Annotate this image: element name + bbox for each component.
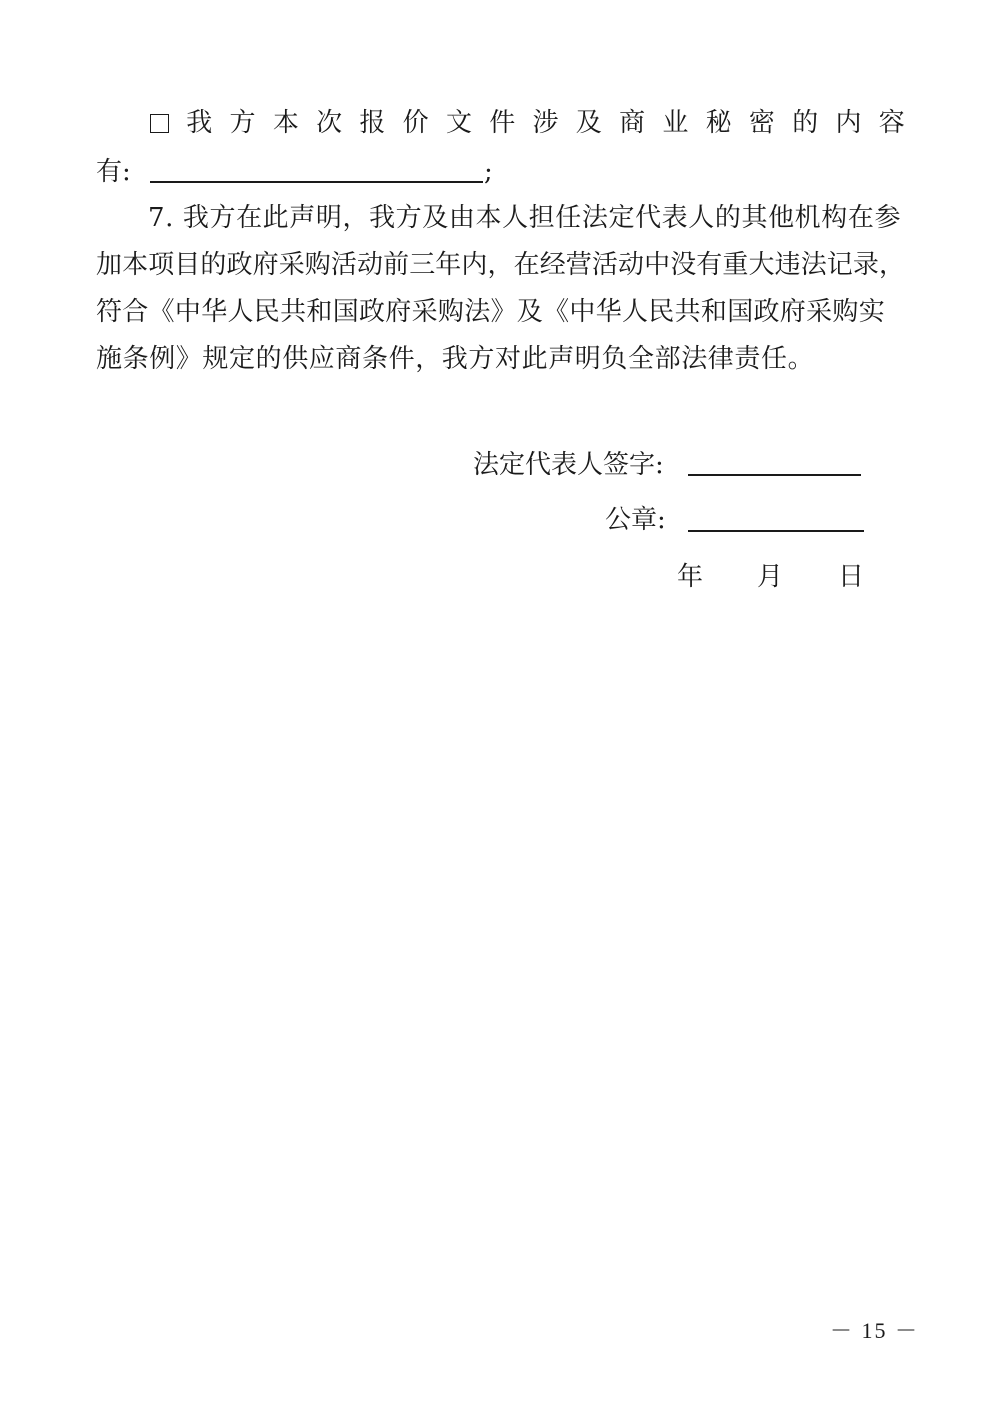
- confidential-terminator: ;: [484, 157, 493, 187]
- clause-char: 报: [359, 108, 385, 138]
- clause-char: 文: [446, 108, 472, 138]
- clause-char: 我: [186, 108, 212, 138]
- clause-char: 及: [576, 108, 602, 138]
- clause-char: 件: [489, 108, 515, 138]
- clause-char: 容: [879, 108, 905, 138]
- clause-char: 内: [835, 108, 861, 138]
- clause-char: 的: [792, 108, 818, 138]
- page-number: － 15 －: [830, 1318, 919, 1344]
- clause-char: 密: [749, 108, 775, 138]
- declaration-line-4: 施条例》规定的供应商条件，我方对此声明负全部法律责任。: [96, 344, 814, 374]
- seal-label: 公章:: [605, 505, 666, 535]
- confidential-clause-line: 我 方 本 次 报 价 文 件 涉 及 商 业 秘 密 的 内 容: [150, 108, 905, 138]
- declaration-line-2: 加本项目的政府采购活动前三年内，在经营活动中没有重大违法记录，: [96, 250, 905, 280]
- legal-rep-signature-blank[interactable]: [688, 474, 861, 476]
- declaration-line-1: 7. 我方在此声明，我方及由本人担任法定代表人的其他机构在参: [148, 203, 901, 233]
- clause-char: 次: [316, 108, 342, 138]
- seal-blank[interactable]: [688, 530, 864, 532]
- clause-char: 秘: [706, 108, 732, 138]
- clause-char: 本: [273, 108, 299, 138]
- clause-char: 涉: [533, 108, 559, 138]
- legal-rep-signature-label: 法定代表人签字:: [473, 450, 664, 480]
- month-label: 月: [757, 562, 783, 592]
- clause-char: 价: [403, 108, 429, 138]
- confidential-continuation-label: 有:: [96, 157, 131, 187]
- confidential-content-blank[interactable]: [150, 181, 483, 183]
- day-label: 日: [838, 562, 864, 592]
- clause-char: 方: [230, 108, 256, 138]
- declaration-line-3: 符合《中华人民共和国政府采购法》及《中华人民共和国政府采购实: [96, 297, 885, 327]
- clause-char: 商: [619, 108, 645, 138]
- clause-char: 业: [662, 108, 688, 138]
- confidential-checkbox[interactable]: [150, 114, 169, 133]
- year-label: 年: [677, 562, 703, 592]
